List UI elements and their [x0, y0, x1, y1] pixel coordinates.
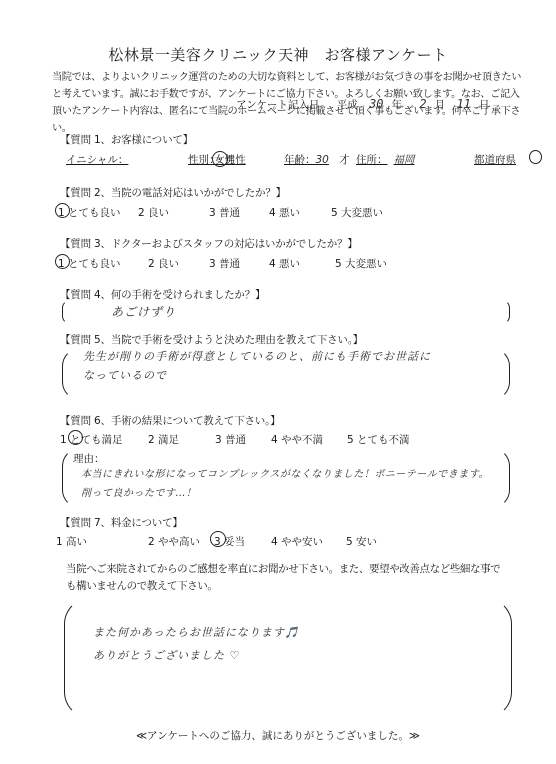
survey-title: 松林景一美容クリニック天神 お客様アンケート	[0, 44, 556, 65]
selected-circle-icon	[210, 531, 226, 547]
q6-reason-box[interactable]: 理由： 本当にきれいな形になってコンプレックスがなくなりました！ポニーテールでき…	[62, 448, 510, 508]
q7-option-2[interactable]: 2 やや高い	[148, 534, 200, 549]
survey-date: アンケート記入日 平成 30年 2月 11日	[236, 97, 489, 112]
feedback-answer-box[interactable]: また何かあったらお世話になります🎵 ありがとうございました ♡	[64, 598, 512, 718]
date-year-unit: 年	[392, 99, 403, 111]
q4-answer: あごけずり	[111, 303, 176, 322]
address-value: 福岡	[394, 154, 415, 166]
q2-option-2[interactable]: 2 良い	[138, 205, 169, 220]
q3-option-3[interactable]: 3 普通	[209, 256, 240, 271]
selected-circle-icon	[68, 430, 83, 445]
q5-title: 【質問 5、当院で手術を受けようと決めた理由を教えて下さい。】	[60, 332, 363, 347]
q6-option-5[interactable]: 5 とても不満	[347, 432, 410, 447]
date-era: 平成	[337, 99, 358, 111]
date-month-unit: 月	[435, 99, 446, 111]
q3-title: 【質問 3、ドクターおよびスタッフの対応はいかがでしたか？】	[60, 236, 358, 251]
q2-option-1[interactable]: 1 とても良い	[58, 205, 121, 220]
age-unit: 才	[339, 152, 350, 167]
feedback-prompt: 当院へご来院されてからのご感想を率直にお聞かせ下さい。また、要望や改善点など些細…	[66, 561, 506, 595]
address-label: 住所：	[356, 154, 388, 166]
selected-circle-icon	[55, 254, 70, 269]
q2-option-4[interactable]: 4 悪い	[269, 205, 300, 220]
q6-reason-line-2: 削って良かったです…！	[81, 484, 506, 503]
q1-title: 【質問 1、お客様について】	[60, 132, 193, 147]
q6-option-3[interactable]: 3 普通	[215, 432, 246, 447]
q4-answer-box[interactable]: あごけずり	[62, 300, 510, 324]
address-suffix: 都道府県	[474, 152, 516, 167]
q3-option-2[interactable]: 2 良い	[148, 256, 179, 271]
q2-option-3[interactable]: 3 普通	[209, 205, 240, 220]
q5-answer-line-2: なっているので	[83, 366, 503, 385]
q6-reason-line-1: 本当にきれいな形になってコンプレックスがなくなりました！ポニーテールできます。	[81, 465, 506, 484]
q3-options: 1 とても良い 2 良い 3 普通 4 悪い 5 大変悪い	[58, 256, 458, 272]
feedback-answer-line-2: ありがとうございました ♡	[93, 644, 493, 667]
q7-option-5[interactable]: 5 安い	[346, 534, 377, 549]
q5-answer-box[interactable]: 先生が削りの手術が得意としているのと、前にも手術でお世話に なっているので	[62, 348, 510, 400]
feedback-answer-line-1: また何かあったらお世話になります🎵	[93, 621, 493, 644]
initial-label: イニシャル：	[66, 154, 128, 166]
selected-circle-icon	[55, 203, 70, 218]
q6-reason-label: 理由：	[73, 451, 105, 466]
age-label: 年齢：	[284, 154, 316, 166]
q2-option-5[interactable]: 5 大変悪い	[331, 205, 383, 220]
q7-options: 1 高い 2 やや高い 3 妥当 4 やや安い 5 安い	[56, 534, 476, 550]
q2-options: 1 とても良い 2 良い 3 普通 4 悪い 5 大変悪い	[58, 205, 458, 221]
gender-field: 性別：女性・男性	[188, 152, 246, 167]
selected-circle-icon	[529, 150, 542, 164]
date-year[interactable]: 30	[369, 97, 383, 111]
q7-option-3[interactable]: 3 妥当	[214, 534, 245, 549]
q2-title: 【質問 2、当院の電話対応はいかがでしたか？】	[60, 185, 286, 200]
age-value: 30	[316, 154, 329, 166]
q6-options: 1 とても満足 2 満足 3 普通 4 やや不満 5 とても不満	[60, 432, 460, 448]
q5-answer: 先生が削りの手術が得意としているのと、前にも手術でお世話に なっているので	[83, 347, 503, 385]
q6-option-4[interactable]: 4 やや不満	[271, 432, 323, 447]
q3-option-5[interactable]: 5 大変悪い	[335, 256, 387, 271]
q5-answer-line-1: 先生が削りの手術が得意としているのと、前にも手術でお世話に	[83, 347, 503, 366]
q7-option-4[interactable]: 4 やや安い	[271, 534, 323, 549]
q6-title: 【質問 6、手術の結果について教えて下さい。】	[60, 413, 280, 428]
q6-option-1[interactable]: 1 とても満足	[60, 432, 123, 447]
feedback-answer: また何かあったらお世話になります🎵 ありがとうございました ♡	[93, 621, 493, 667]
age-field[interactable]: 年齢：30	[284, 152, 329, 167]
date-month[interactable]: 2	[419, 97, 426, 111]
q7-option-1[interactable]: 1 高い	[56, 534, 87, 549]
q3-option-1[interactable]: 1 とても良い	[58, 256, 121, 271]
gender-female-label: 女性	[214, 152, 235, 167]
date-label: アンケート記入日	[236, 99, 319, 111]
date-day[interactable]: 11	[456, 97, 470, 111]
q3-option-4[interactable]: 4 悪い	[269, 256, 300, 271]
initial-field[interactable]: イニシャル：	[66, 152, 158, 167]
gender-label: 性別：	[188, 154, 214, 166]
closing-message: ≪アンケートへのご協力、誠にありがとうございました。≫	[0, 728, 556, 743]
q6-option-2[interactable]: 2 満足	[148, 432, 179, 447]
q7-title: 【質問 7、料金について】	[60, 515, 183, 530]
date-day-unit: 日	[479, 99, 490, 111]
q6-reason: 本当にきれいな形になってコンプレックスがなくなりました！ポニーテールできます。 …	[81, 465, 506, 503]
